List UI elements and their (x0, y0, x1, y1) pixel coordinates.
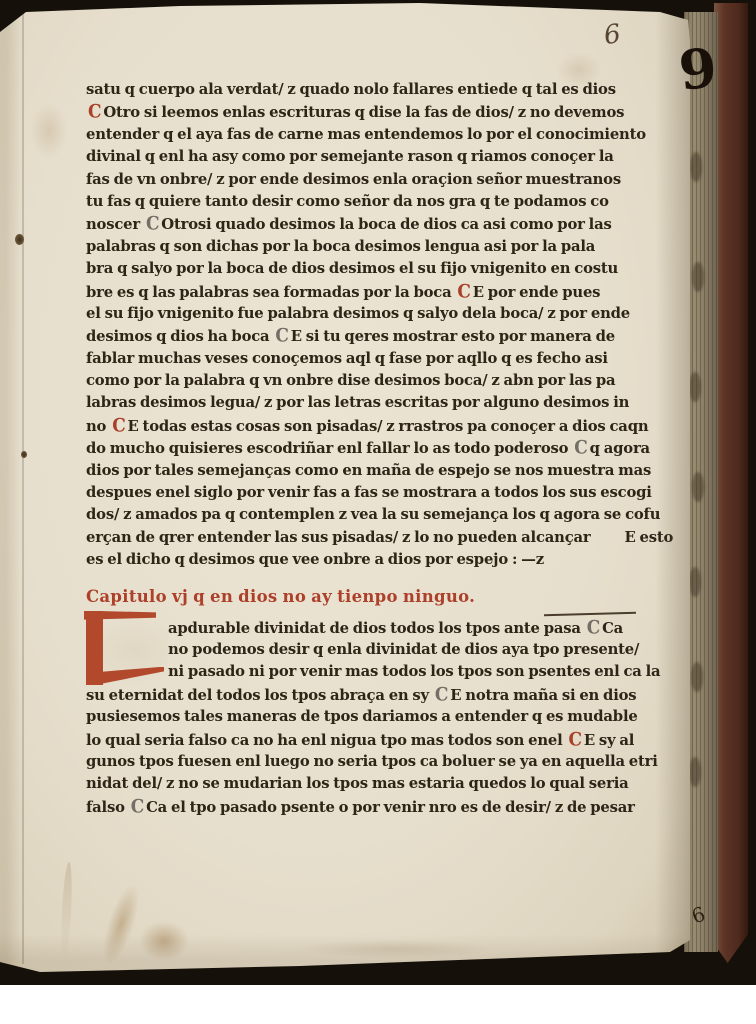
paragraph-mark-icon: C (585, 615, 602, 640)
chapter-body: L apdurable divinidat de dios todos los … (86, 617, 652, 819)
line-filler (544, 611, 636, 615)
initial-letter-L: L (86, 617, 168, 683)
foredge-inscription-smudge (690, 152, 702, 182)
paragraph-mark-icon: C (455, 279, 472, 304)
initial-foot (102, 667, 164, 684)
manuscript-line: noscer COtrosi quado desimos la boca de … (86, 213, 652, 235)
stain (96, 880, 147, 969)
stain (30, 102, 68, 160)
initial-letter-text: L (86, 617, 87, 618)
page-crease (22, 12, 24, 964)
manuscript-line: su eternidat del todos los tpos abraça e… (86, 684, 652, 706)
initial-top-arm (84, 611, 156, 620)
manuscript-line: pusiesemos tales maneras de tpos dariamo… (86, 706, 652, 728)
book-cover-edge (714, 3, 748, 963)
stain (556, 52, 602, 88)
paragraph-mark-icon: C (144, 212, 161, 237)
manuscript-line: el su fijo vnigenito fue palabra desimos… (86, 303, 652, 325)
manuscript-line: falso CCa el tpo pasado psente o por ven… (86, 796, 652, 818)
foredge-inscription-smudge (689, 372, 701, 402)
manuscript-line: entender q el aya fas de carne mas enten… (86, 124, 652, 146)
manuscript-line: es el dicho q desimos que vee onbre a di… (86, 549, 652, 571)
manuscript-line: erçan de qrer entender las sus pisadas/ … (86, 527, 652, 549)
manuscript-line: labras desimos legua/ z por las letras e… (86, 392, 652, 414)
parchment-page: 6 satu q cuerpo ala verdat/ z quado nolo… (0, 2, 690, 974)
initial-stem (86, 611, 103, 685)
stain (140, 922, 188, 960)
manuscript-line: bra q salyo por la boca de dios desimos … (86, 258, 652, 280)
manuscript-line: como por la palabra q vn onbre dise desi… (86, 370, 652, 392)
paragraph-mark-icon: C (567, 727, 584, 752)
manuscript-line: dos/ z amados pa q contemplen z vea la s… (86, 504, 652, 526)
photo-bottom-margin (0, 985, 756, 1024)
manuscript-line: apdurable divinidat de dios todos los tp… (86, 617, 652, 639)
manuscript-line: COtro si leemos enlas escrituras q dise … (86, 101, 652, 123)
paragraph-mark-icon: C (129, 795, 146, 820)
manuscript-photo: 6 satu q cuerpo ala verdat/ z quado nolo… (0, 0, 756, 1024)
manuscript-line: palabras q son dichas por la boca desimo… (86, 236, 652, 258)
manuscript-line: bre es q las palabras sea formadas por l… (86, 281, 652, 303)
manuscript-line: lo qual seria falso ca no ha enl nigua t… (86, 729, 652, 751)
foredge-inscription-smudge (689, 567, 701, 597)
paragraph-mark-icon: C (273, 324, 290, 349)
foredge-inscription-smudge (692, 472, 704, 502)
text-block-lower: apdurable divinidat de dios todos los tp… (86, 617, 652, 819)
text-block-upper: satu q cuerpo ala verdat/ z quado nolo f… (86, 79, 652, 572)
stain (59, 862, 73, 960)
manuscript-line: tu fas q quiere tanto desir como señor d… (86, 191, 652, 213)
manuscript-line: despues enel siglo por venir fas a fas s… (86, 482, 652, 504)
manuscript-line: fas de vn onbre/ z por ende desimos enla… (86, 169, 652, 191)
paragraph-mark-icon: C (433, 683, 450, 708)
paragraph-mark-icon: C (110, 414, 127, 439)
chapter-rubric: Capitulo vj q en dios no ay tienpo ningu… (86, 585, 652, 608)
wormhole (21, 451, 27, 458)
manuscript-line: gunos tpos fuesen enl luego no seria tpo… (86, 751, 652, 773)
wormhole (15, 234, 24, 245)
foredge-top-mark: 9 (676, 40, 719, 98)
paragraph-mark-icon: C (86, 100, 103, 125)
manuscript-line: do mucho quisieres escodriñar enl fallar… (86, 437, 652, 459)
manuscript-line: fablar muchas veses conoçemos aql q fase… (86, 348, 652, 370)
manuscript-line: ni pasado ni por venir mas todos los tpo… (86, 661, 652, 683)
foredge-inscription-smudge (691, 662, 703, 692)
manuscript-line: satu q cuerpo ala verdat/ z quado nolo f… (86, 79, 652, 101)
text-block: satu q cuerpo ala verdat/ z quado nolo f… (86, 79, 652, 818)
folio-number: 6 (602, 19, 623, 51)
paragraph-mark-icon: C (572, 436, 589, 461)
manuscript-line: no podemos desir q enla divinidat de dio… (86, 639, 652, 661)
foredge-inscription-smudge (689, 757, 701, 787)
manuscript-line: desimos q dios ha boca CE si tu qeres mo… (86, 325, 652, 347)
foredge-inscription-smudge (692, 262, 704, 292)
manuscript-line: divinal q enl ha asy como por semejante … (86, 146, 652, 168)
manuscript-line: dios por tales semejanças como en maña d… (86, 460, 652, 482)
manuscript-line: no CE todas estas cosas son pisadas/ z r… (86, 415, 652, 437)
stain (300, 940, 490, 958)
manuscript-line: nidat del/ z no se mudarian los tpos mas… (86, 773, 652, 795)
